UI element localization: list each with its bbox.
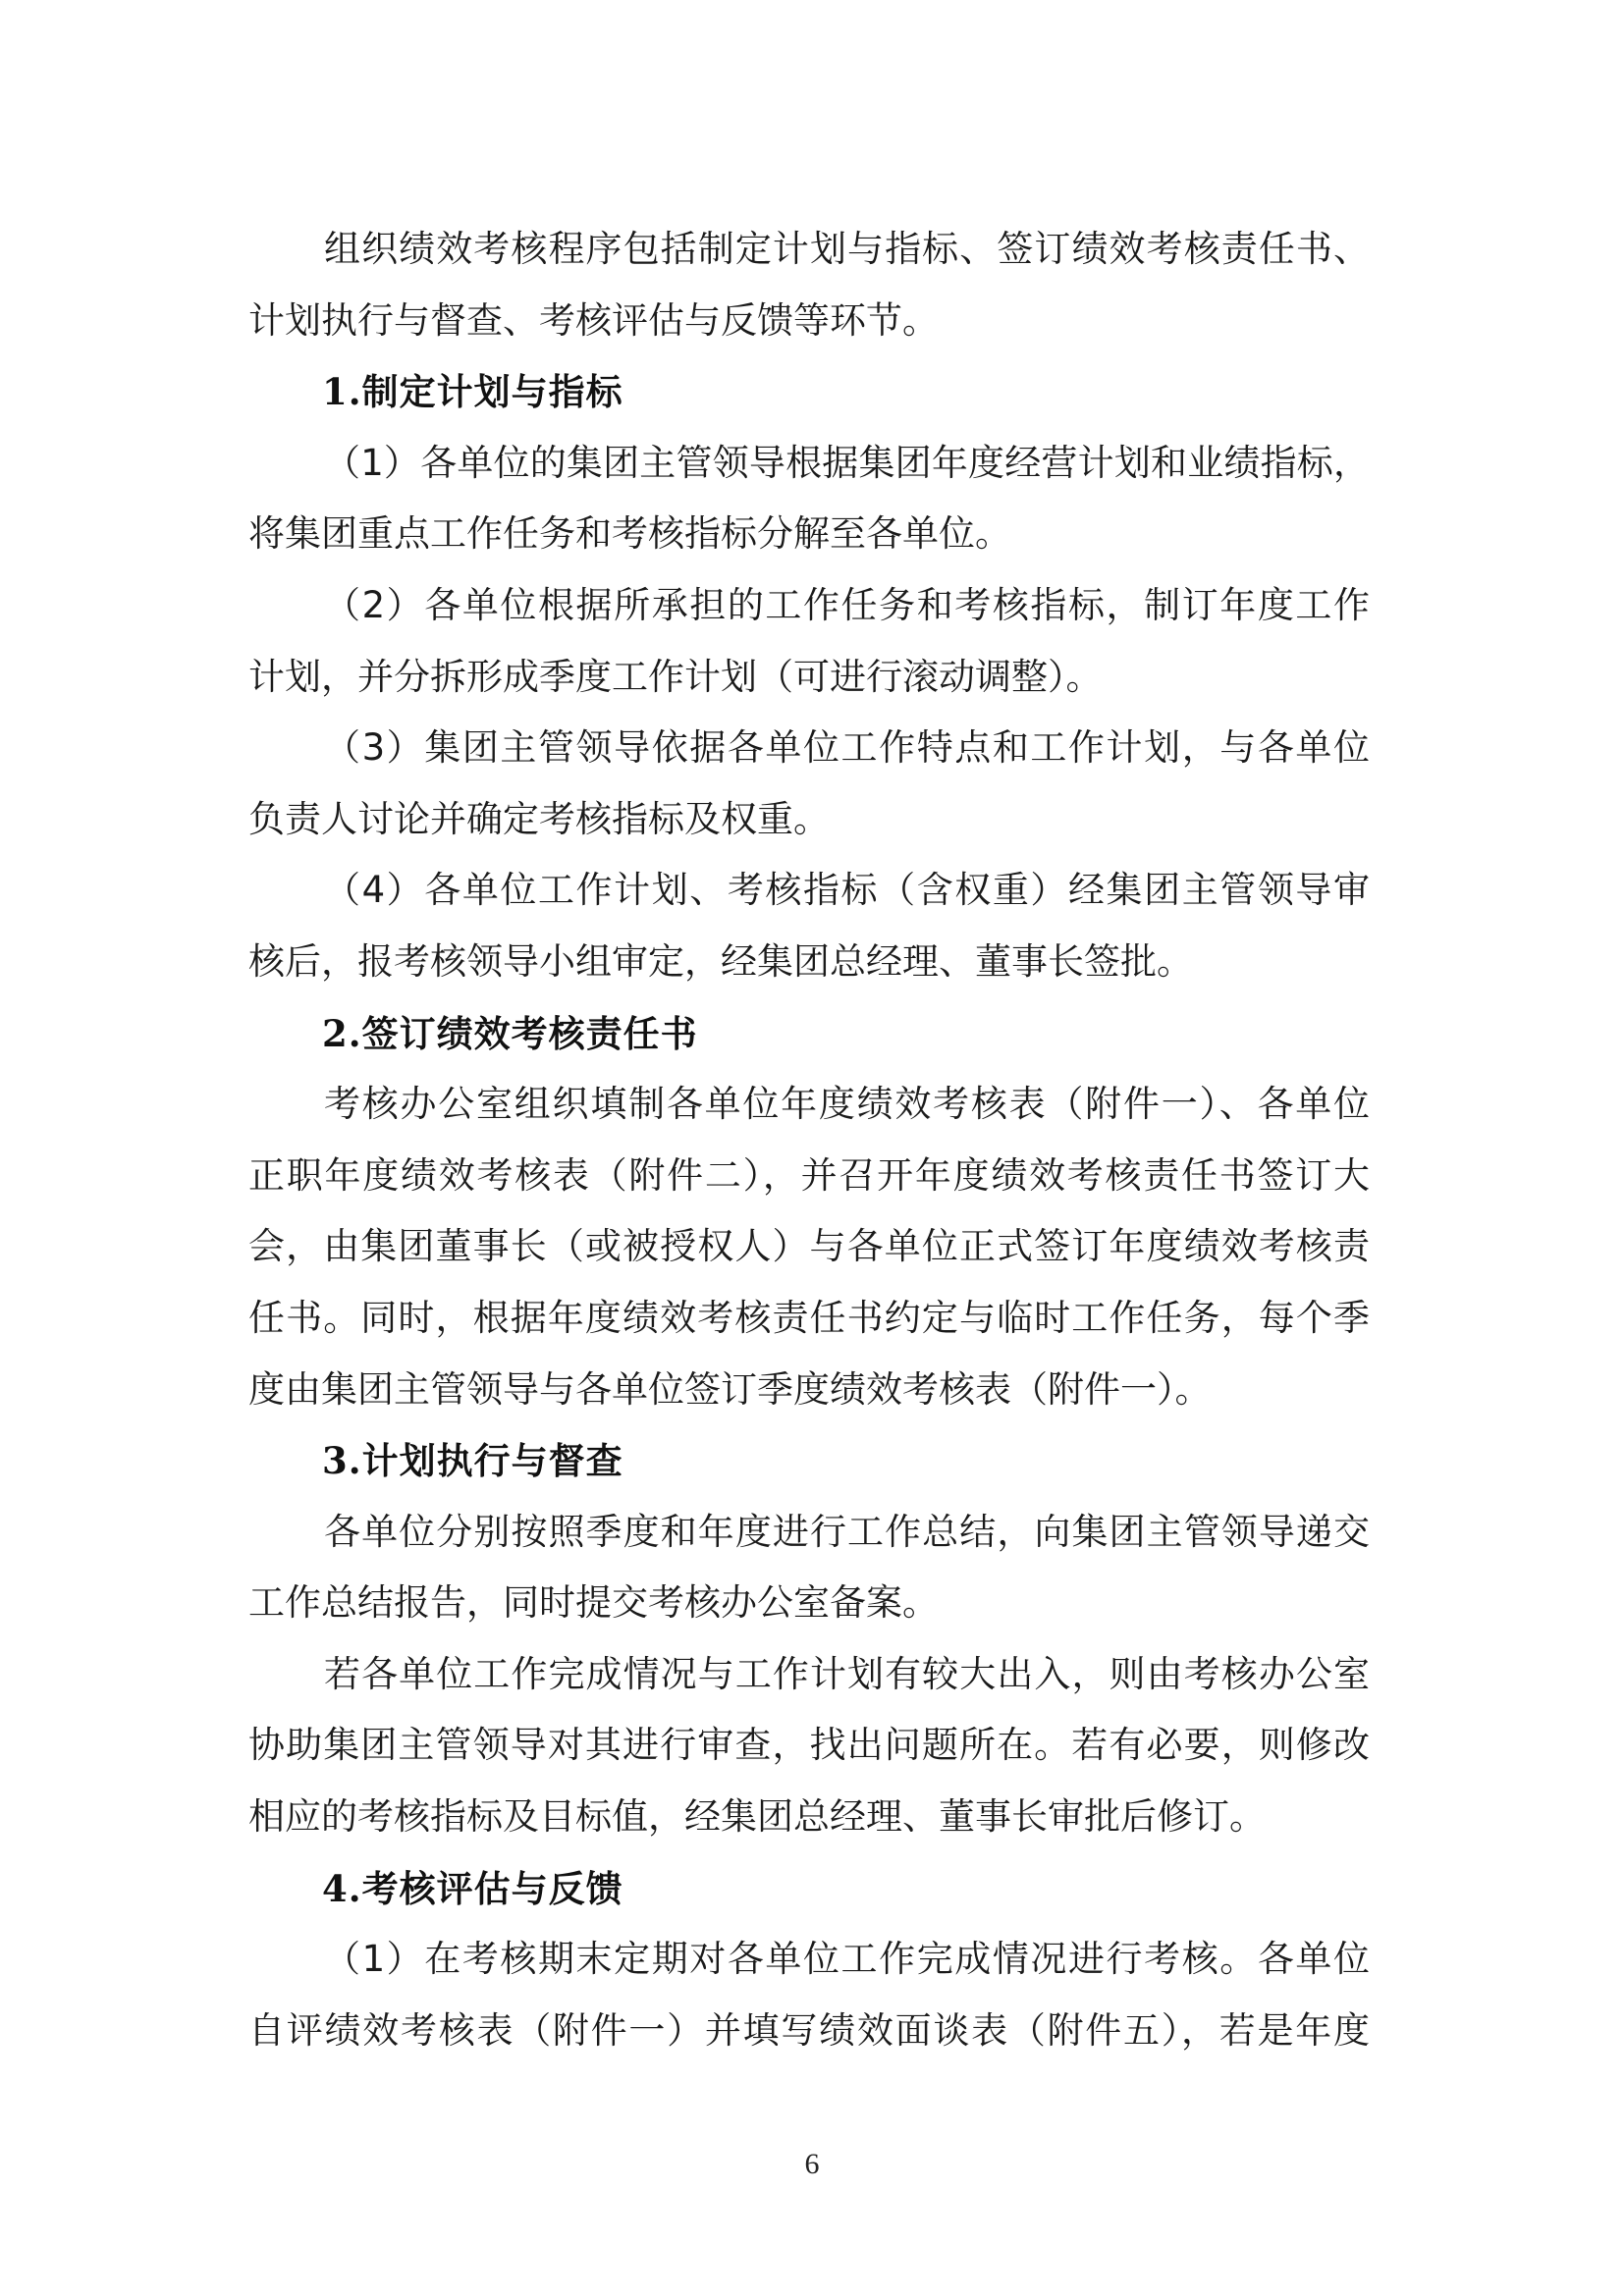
paragraph-line: 计划执行与督查、考核评估与反馈等环节。 bbox=[248, 286, 1370, 357]
paragraph-line: 计划，并分拆形成季度工作计划（可进行滚动调整）。 bbox=[248, 642, 1370, 714]
paragraph-line: （1）在考核期末定期对各单位工作完成情况进行考核。各单位 bbox=[248, 1924, 1370, 1996]
paragraph-line: 若各单位工作完成情况与工作计划有较大出入，则由考核办公室 bbox=[248, 1639, 1370, 1711]
paragraph-line: 负责人讨论并确定考核指标及权重。 bbox=[248, 784, 1370, 856]
paragraph-line: 各单位分别按照季度和年度进行工作总结，向集团主管领导递交 bbox=[248, 1497, 1370, 1569]
paragraph-line: （1）各单位的集团主管领导根据集团年度经营计划和业绩指标， bbox=[248, 428, 1370, 500]
document-page: 组织绩效考核程序包括制定计划与指标、签订绩效考核责任书、 计划执行与督查、考核评… bbox=[0, 0, 1624, 2296]
section-heading: 4.考核评估与反馈 bbox=[248, 1853, 1370, 1925]
section-heading: 2.签订绩效考核责任书 bbox=[248, 998, 1370, 1070]
paragraph-line: （4）各单位工作计划、考核指标（含权重）经集团主管领导审 bbox=[248, 855, 1370, 927]
paragraph-line: （3）集团主管领导依据各单位工作特点和工作计划，与各单位 bbox=[248, 713, 1370, 784]
section-heading: 3.计划执行与督查 bbox=[248, 1425, 1370, 1497]
paragraph-line: 核后，报考核领导小组审定，经集团总经理、董事长签批。 bbox=[248, 927, 1370, 998]
paragraph-line: 相应的考核指标及目标值，经集团总经理、董事长审批后修订。 bbox=[248, 1782, 1370, 1853]
paragraph-line: （2）各单位根据所承担的工作任务和考核指标，制订年度工作 bbox=[248, 570, 1370, 642]
paragraph-line: 度由集团主管领导与各单位签订季度绩效考核表（附件一）。 bbox=[248, 1355, 1370, 1426]
document-body: 组织绩效考核程序包括制定计划与指标、签订绩效考核责任书、 计划执行与督查、考核评… bbox=[248, 214, 1370, 2066]
paragraph-line: 协助集团主管领导对其进行审查，找出问题所在。若有必要，则修改 bbox=[248, 1710, 1370, 1782]
paragraph-line: 正职年度绩效考核表（附件二），并召开年度绩效考核责任书签订大 bbox=[248, 1141, 1370, 1212]
section-heading: 1.制定计划与指标 bbox=[248, 356, 1370, 428]
paragraph-line: 自评绩效考核表（附件一）并填写绩效面谈表（附件五），若是年度 bbox=[248, 1996, 1370, 2067]
paragraph-line: 组织绩效考核程序包括制定计划与指标、签订绩效考核责任书、 bbox=[248, 214, 1370, 286]
paragraph-line: 考核办公室组织填制各单位年度绩效考核表（附件一）、各单位 bbox=[248, 1069, 1370, 1141]
paragraph-line: 任书。同时，根据年度绩效考核责任书约定与临时工作任务，每个季 bbox=[248, 1283, 1370, 1355]
paragraph-line: 会，由集团董事长（或被授权人）与各单位正式签订年度绩效考核责 bbox=[248, 1211, 1370, 1283]
page-number: 6 bbox=[0, 2148, 1624, 2181]
paragraph-line: 将集团重点工作任务和考核指标分解至各单位。 bbox=[248, 499, 1370, 570]
paragraph-line: 工作总结报告，同时提交考核办公室备案。 bbox=[248, 1568, 1370, 1639]
